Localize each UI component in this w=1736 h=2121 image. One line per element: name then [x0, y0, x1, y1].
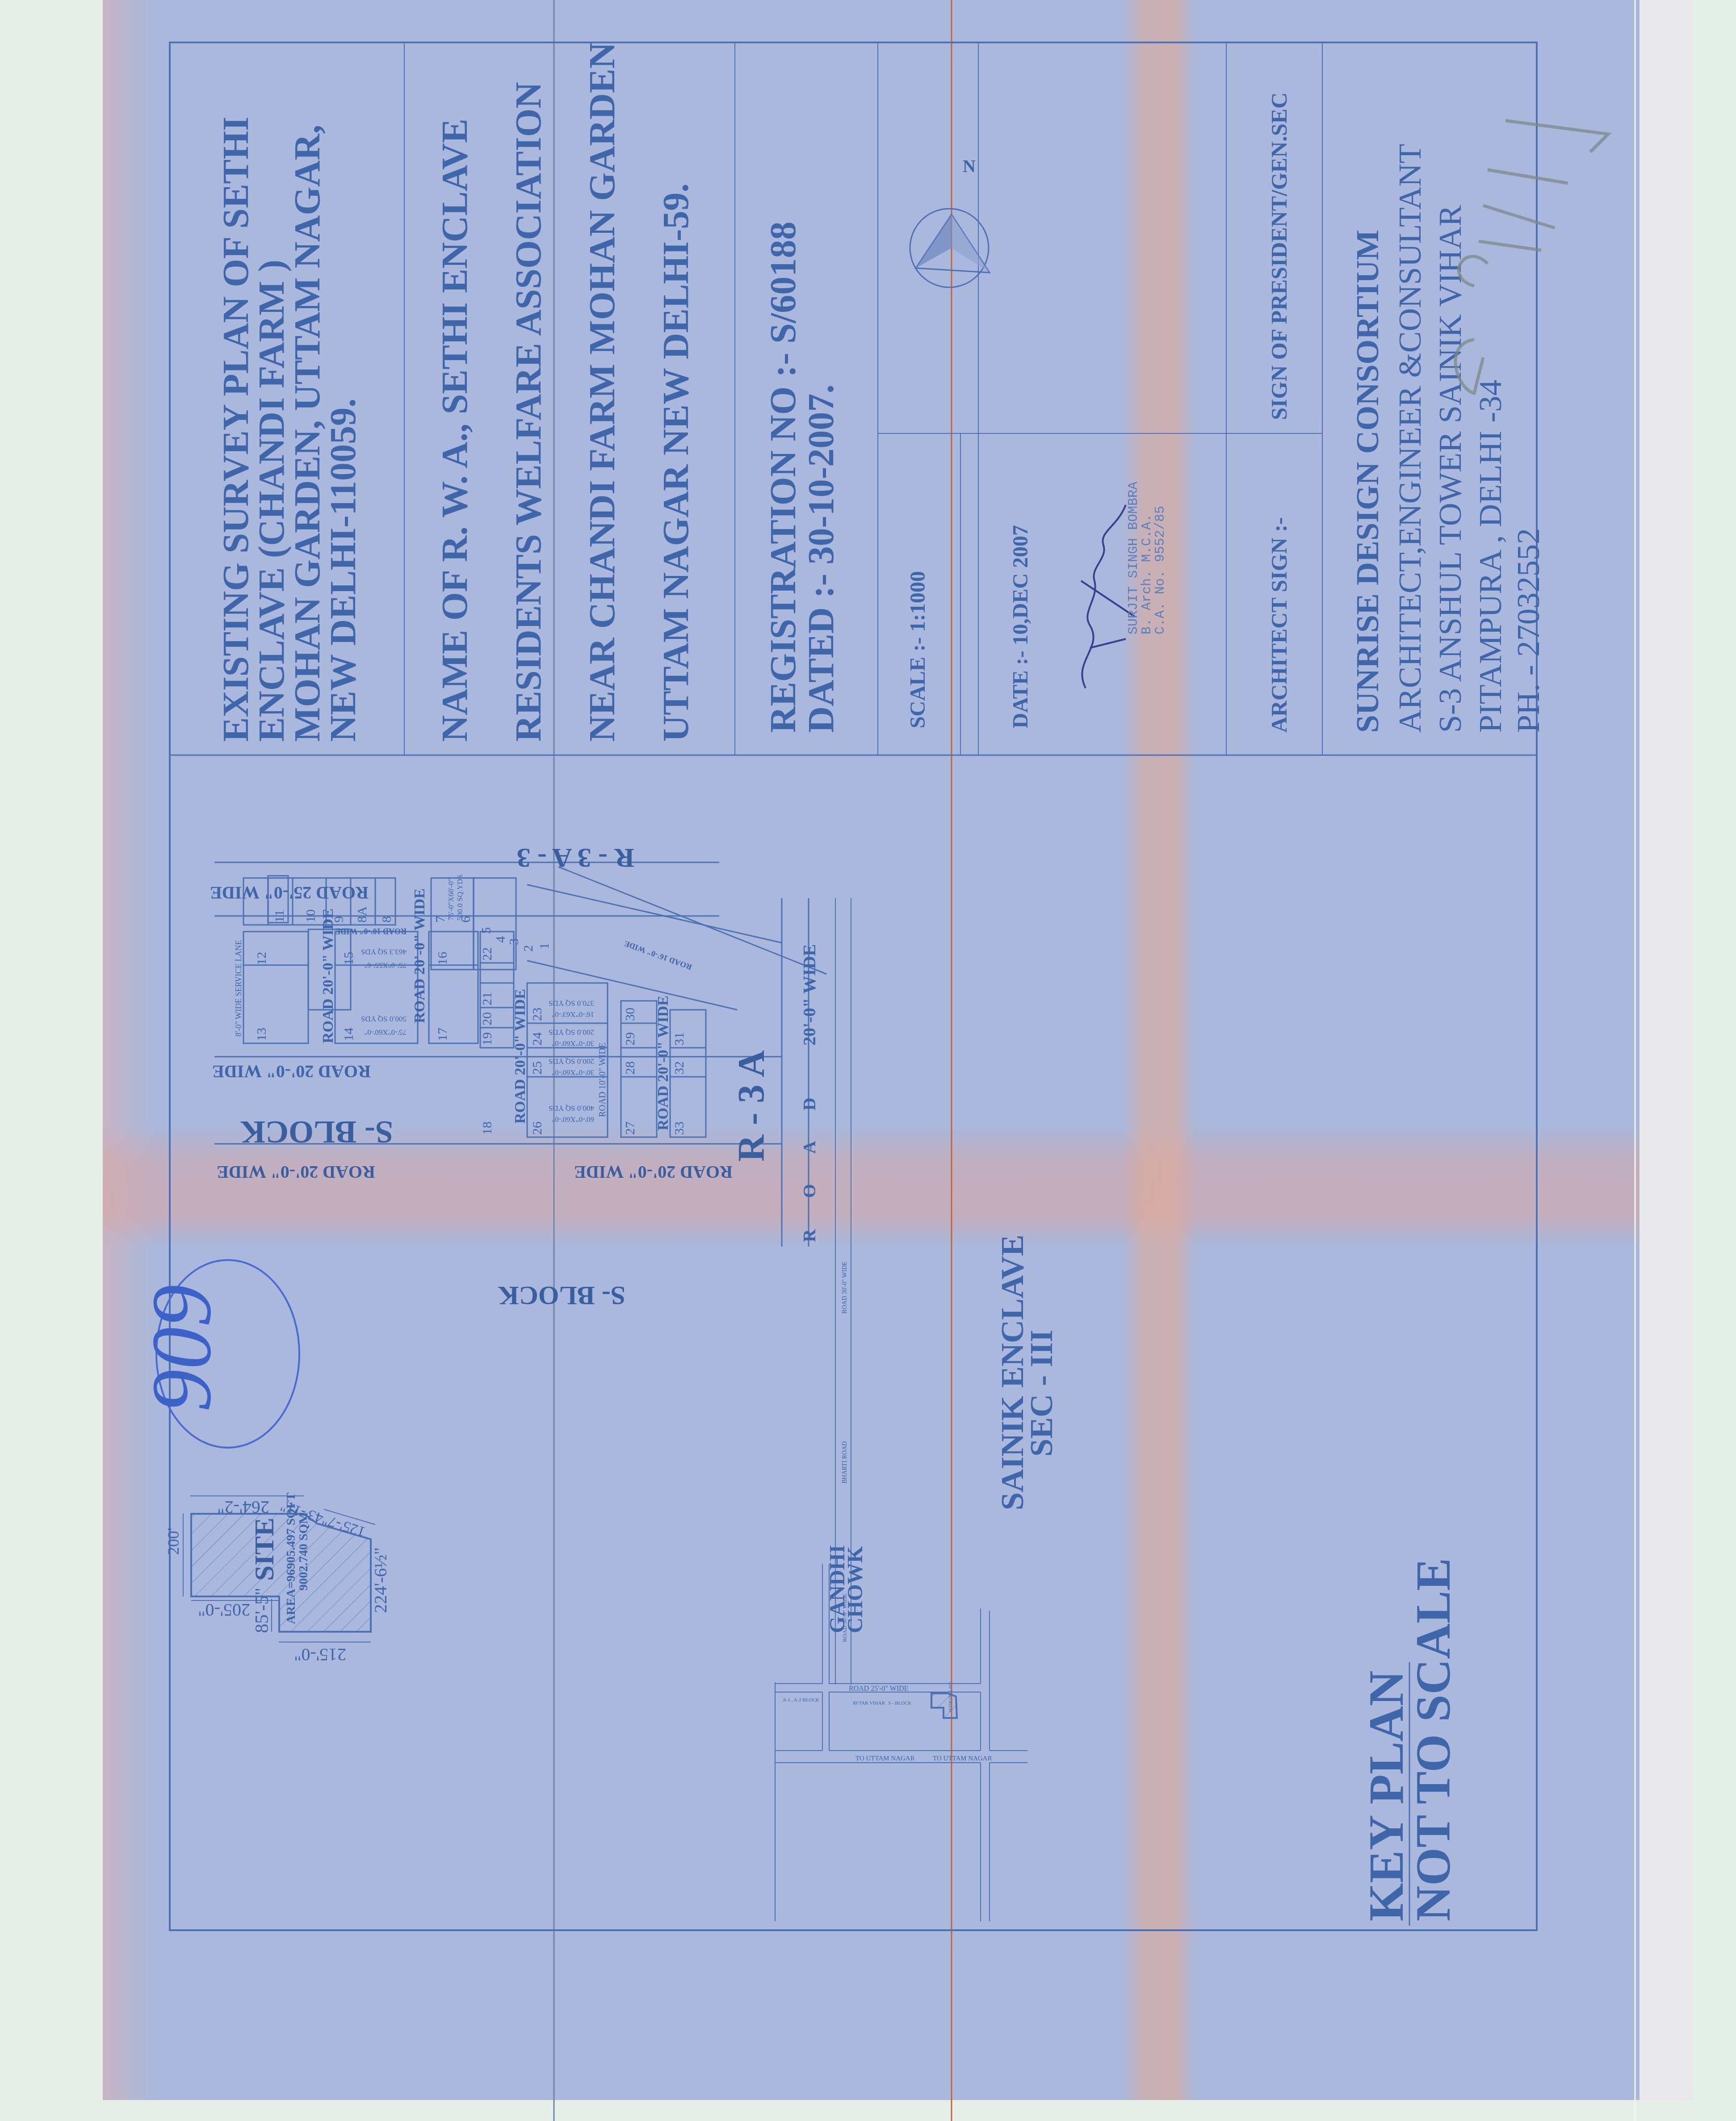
- registration-date: DATED :- 30-10-2007.: [801, 384, 841, 733]
- handwritten-file-number: 909: [135, 1260, 299, 1448]
- plot-number: 13: [254, 1028, 269, 1041]
- key-area-label: S - BLOCK: [888, 1701, 912, 1706]
- plot-number: 18: [480, 1121, 495, 1135]
- site-area-sqft: AREA=96905.497 SQFT: [284, 1492, 298, 1624]
- main-road-label: R O A D: [799, 1084, 819, 1242]
- key-road-label: TO UTTAM NAGAR: [933, 1755, 992, 1762]
- plot-number: 7: [433, 916, 448, 923]
- plot-area: 500.0 SQ.YDS: [456, 875, 464, 921]
- main-road-width: 20'-0" WIDE: [799, 944, 819, 1046]
- title-line-3: MOHAN GARDEN, UTTAM NAGAR,: [287, 125, 327, 742]
- plot-area: 500.0 SQ YDS: [361, 1015, 407, 1023]
- block-label: S- BLOCK: [498, 1281, 625, 1310]
- survey-drawing: EXISTING SURVEY PLAN OF SETHI ENCLAVE (C…: [0, 0, 1736, 2121]
- architect-sign-label: ARCHITECT SIGN :-: [1266, 517, 1292, 733]
- plot-number: 12: [254, 952, 269, 965]
- key-road-label: TO UTTAM NAGAR: [855, 1755, 915, 1762]
- plot-number: 32: [672, 1061, 687, 1075]
- plot-area: 200.0 SQ YDS: [549, 1057, 594, 1066]
- title-line-4: NEW DELHI-110059.: [323, 398, 363, 742]
- road-label: ROAD 20'-0" WIDE: [512, 989, 528, 1124]
- key-road-label: BHARTI ROAD: [842, 1441, 848, 1483]
- road-label: ROAD 20'-0" WIDE: [655, 995, 671, 1130]
- block-label: R - 3 A: [731, 1050, 772, 1162]
- architect-signature: SURJIT SINGH BOMBRA B. Arch. M.C.A. C.A.…: [1081, 482, 1168, 688]
- scale-text: SCALE :- 1:1000: [906, 571, 930, 728]
- plot-number: 19: [480, 1032, 495, 1046]
- key-plan-title: KEY PLAN: [1359, 1671, 1413, 1921]
- plot-number: 2: [521, 945, 536, 952]
- plot-number: 22: [480, 947, 495, 961]
- rwa-name: NAME OF R. W. A., SETHI ENCLAVE: [434, 119, 475, 742]
- stamp-line-2: B. Arch. M.C.A.: [1140, 514, 1155, 634]
- plot-number: 27: [623, 1121, 637, 1135]
- plot-area: 200.0 SQ YDS: [549, 1028, 594, 1037]
- plot-dimension: 30'-0"X60'-0": [552, 1068, 594, 1077]
- site-dim-top: 264'-2": [217, 1497, 269, 1517]
- service-lane-label: 8'-0" WIDE SERVICE LANE: [234, 940, 243, 1037]
- road-label: ROAD 20'-0" WIDE: [574, 1162, 733, 1182]
- circled-number: 909: [135, 1285, 229, 1412]
- registration-no: REGISTRATION NO :- S/60188: [763, 222, 803, 733]
- plot-number: 4: [493, 936, 508, 943]
- plot-number: 3: [507, 938, 521, 945]
- firm-name: SUNRISE DESIGN CONSORTIUM: [1350, 230, 1385, 733]
- plot-number: 14: [341, 1028, 356, 1041]
- plot-number: 16: [435, 952, 450, 965]
- plot-number: 23: [530, 1008, 545, 1021]
- plot-number: 24: [530, 1032, 545, 1046]
- north-label: N: [963, 156, 976, 176]
- plot-number: 8: [379, 916, 394, 923]
- stamp-line-3: C.A. No. 9552/85: [1153, 506, 1168, 634]
- site-dim-left: 200': [164, 1528, 182, 1555]
- layout-plan: ROAD 25'-0" WIDE ROAD 10'-0" WIDE ROAD 2…: [210, 843, 826, 1310]
- plot-dimension: 75'-0"X60'-0": [447, 878, 455, 920]
- title-line-1: EXISTING SURVEY PLAN OF SETHI: [215, 117, 256, 742]
- road-label: ROAD 20'-0" WIDE: [320, 908, 336, 1043]
- plot-number: 5: [479, 927, 494, 934]
- firm-line-4: PH. - 27032552: [1510, 528, 1546, 733]
- firm-line-3: PITAMPURA , DELHI -34: [1472, 380, 1508, 733]
- plot-number: 15: [341, 952, 356, 965]
- site-dim-inner-horizontal: 205'-0": [198, 1600, 250, 1620]
- plot-number: 29: [623, 1032, 637, 1046]
- road-label: ROAD 20'-0" WIDE: [212, 1062, 371, 1082]
- site-area-sqm: 9002.740 SQM: [297, 1512, 310, 1591]
- title-line-2: ENCLAVE (CHANDI FARM ): [251, 260, 292, 742]
- plot-number: 11: [272, 910, 287, 923]
- plot-number: 25: [530, 1061, 545, 1075]
- title-block: EXISTING SURVEY PLAN OF SETHI ENCLAVE (C…: [215, 42, 1546, 742]
- key-plan: SETHI ENCLAVE GANDHI CHOWK ROAD 30'-0" W…: [775, 898, 1460, 1926]
- key-area-label: AVTAR VIHAR: [852, 1701, 885, 1706]
- plot-area: 463.3 SQ YDS: [361, 948, 407, 956]
- plot-area: 400.0 SQ YDS: [549, 1104, 594, 1113]
- sainik-enclave-sector: SEC - III: [1023, 1330, 1059, 1457]
- road-label: ROAD 16'-0" WIDE: [623, 939, 693, 972]
- block-label: R - 3 A - 3: [517, 843, 635, 873]
- plot-dimension: 75'-0"X60'-0": [364, 1028, 407, 1037]
- location-line-1: NEAR CHANDI FARM MOHAN GARDEN: [582, 42, 622, 742]
- site-dim-right: 224'-6½": [370, 1547, 390, 1613]
- key-road-label: ROAD 30'-0" WIDE: [842, 1261, 848, 1314]
- key-plan-subtitle: NOT TO SCALE: [1406, 1558, 1460, 1921]
- location-line-2: UTTAM NAGAR NEW DELHI-59.: [655, 183, 696, 742]
- road-label: ROAD 25'-0" WIDE: [210, 883, 369, 903]
- plot-number: 1: [537, 943, 552, 949]
- date-text: DATE :- 10,DEC 2007: [1009, 525, 1032, 728]
- president-sign-label: SIGN OF PRESIDENT/GEN.SEC: [1266, 92, 1292, 420]
- stamp-line-1: SURJIT SINGH BOMBRA: [1126, 482, 1141, 634]
- block-label: S- BLOCK: [240, 1114, 393, 1150]
- plot-area: 370.0 SQ YDS: [549, 999, 594, 1008]
- plot-number: 28: [623, 1061, 637, 1075]
- plot-number: 8A: [355, 906, 369, 923]
- road-label: ROAD 20'-0" WIDE: [411, 888, 428, 1023]
- key-area-label: SETHI ENCLAVE: [948, 1681, 952, 1712]
- north-arrow-icon: N: [910, 156, 990, 287]
- firm-line-1: ARCHITECT,ENGINEER &CONSULTANT: [1392, 144, 1428, 733]
- firm-line-2: S-3 ANSHUL TOWER SAINIK VIHAR: [1432, 205, 1468, 733]
- plot-dimension: 16'-0"X63'-0": [552, 1010, 594, 1019]
- site-label: SITE: [249, 1518, 280, 1581]
- rwa-full-name: RESIDENTS WELFARE ASSOCIATION: [508, 82, 549, 742]
- plot-dimension: 60'-0"X60'-0": [552, 1115, 594, 1124]
- plot-number: 31: [672, 1032, 687, 1046]
- plot-dimension: 75'-0"X55'-6": [364, 961, 407, 970]
- plot-numbers: 1 2 3 4 5 6 7 8 8A 9 10 11 12 13 14 15 1…: [254, 906, 687, 1135]
- plot-number: 21: [480, 992, 495, 1005]
- plot-number: 9: [331, 916, 346, 923]
- sethi-enclave-marker: [931, 1693, 957, 1718]
- plot-dimension: 30'-0"X60'-0": [552, 1039, 594, 1048]
- plot-number: 30: [623, 1008, 637, 1021]
- pencil-annotation: [1455, 121, 1608, 393]
- road-label: ROAD 20'-0" WIDE: [217, 1162, 375, 1182]
- key-road-label: ROAD 25'-0" WIDE: [849, 1685, 909, 1693]
- plot-number: 17: [435, 1028, 450, 1041]
- site-dim-inner-vertical: 85'-5": [252, 1588, 273, 1633]
- plot-number: 20: [480, 1012, 495, 1025]
- plot-number: 10: [303, 909, 318, 923]
- site-dim-bottom: 215'-0": [294, 1645, 346, 1665]
- road-label: ROAD 10'-0" WIDE: [598, 1042, 608, 1117]
- key-road-label: ROAD 30'-0" WIDE: [841, 1593, 848, 1642]
- plot-number: 26: [530, 1121, 545, 1135]
- plot-number: 33: [672, 1121, 687, 1135]
- key-area-label: A-1 , A-2 BLOCK: [783, 1697, 819, 1703]
- road-label: ROAD 10'-0" WIDE: [335, 927, 407, 936]
